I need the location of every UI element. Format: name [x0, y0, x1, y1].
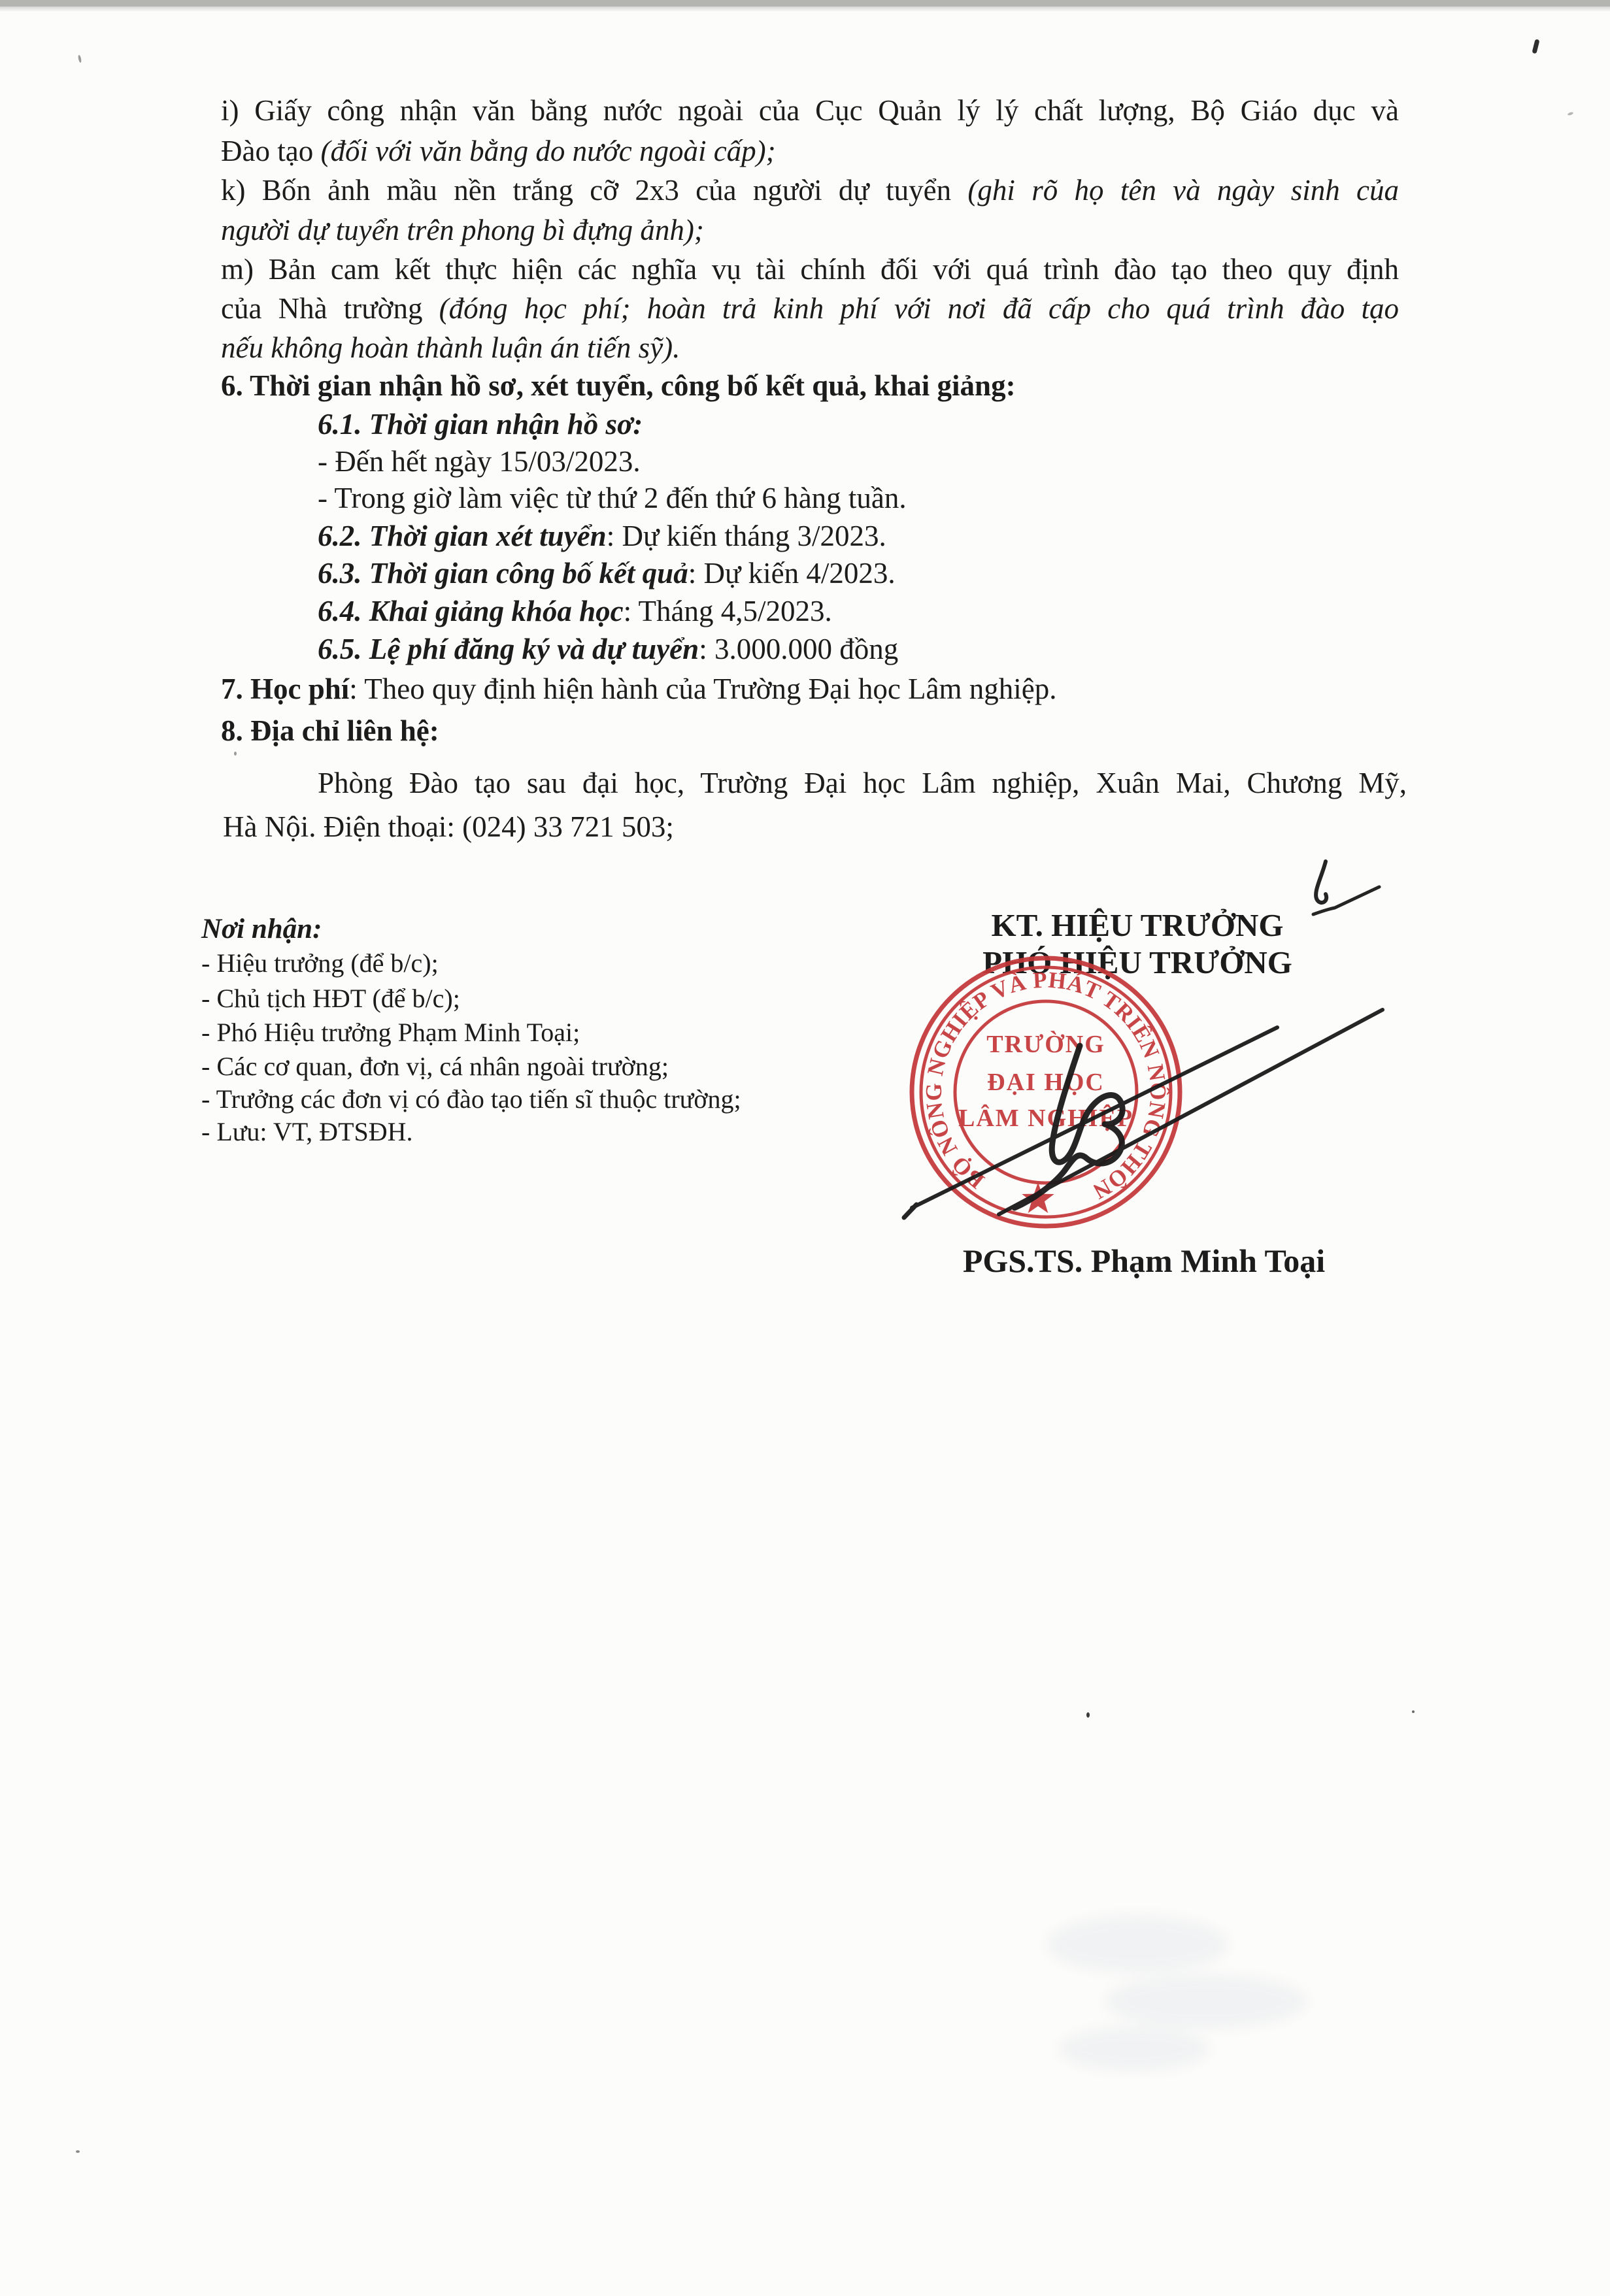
scanner-edge-band — [0, 0, 1610, 7]
body-line-i-1: i) Giấy công nhận văn bằng nước ngoài củ… — [221, 92, 1399, 130]
scan-speck — [1412, 1710, 1415, 1713]
heading-7: 7. Học phí: Theo quy định hiện hành của … — [221, 671, 1057, 708]
text-run-italic: (ghi rõ họ tên và ngày sinh của — [967, 174, 1399, 207]
body-line-m-2: của Nhà trường (đóng học phí; hoàn trả k… — [221, 290, 1399, 328]
text-run: Đào tạo — [221, 135, 320, 167]
recipient-item: - Chủ tịch HĐT (để b/c); — [201, 983, 460, 1014]
scan-speck — [1532, 39, 1539, 54]
text-run: : 3.000.000 đồng — [699, 633, 898, 665]
text-run-bold: 7. Học phí — [221, 673, 349, 705]
text-run: Phòng Đào tạo sau đại học, Trường Đại họ… — [318, 767, 1407, 799]
body-line-m-1: m) Bản cam kết thực hiện các nghĩa vụ tà… — [221, 251, 1399, 289]
item-6-4: 6.4. Khai giảng khóa học: Tháng 4,5/2023… — [318, 593, 832, 631]
text-run-italic: người dự tuyển trên phong bì đựng ảnh); — [221, 214, 704, 246]
body-line-i-2: Đào tạo (đối với văn bằng do nước ngoài … — [221, 133, 776, 171]
text-run-italic: (đối với văn bằng do nước ngoài cấp); — [320, 135, 775, 167]
body-line-k-2: người dự tuyển trên phong bì đựng ảnh); — [221, 212, 704, 250]
bleed-through-ghost — [1105, 1974, 1307, 2029]
bullet-deadline: - Đến hết ngày 15/03/2023. — [318, 443, 641, 481]
signature — [869, 837, 1432, 1255]
text-run-bold-italic: 6.5. Lệ phí đăng ký và dự tuyển — [318, 633, 699, 665]
scan-speck — [1568, 112, 1574, 116]
text-run: i) Giấy công nhận văn bằng nước ngoài củ… — [221, 94, 1399, 127]
text-run-bold-italic: 6.3. Thời gian công bố kết quả — [318, 557, 688, 590]
scan-speck — [234, 752, 237, 756]
item-6-3: 6.3. Thời gian công bố kết quả: Dự kiến … — [318, 555, 896, 593]
text-run: của Nhà trường — [221, 292, 439, 325]
recipient-item: - Phó Hiệu trưởng Phạm Minh Toại; — [201, 1017, 580, 1048]
recipient-item: - Các cơ quan, đơn vị, cá nhân ngoài trư… — [201, 1051, 669, 1082]
address-line-1: Phòng Đào tạo sau đại học, Trường Đại họ… — [318, 765, 1407, 803]
scan-speck — [78, 55, 82, 63]
text-run: - Trong giờ làm việc từ thứ 2 đến thứ 6 … — [318, 482, 907, 514]
text-run: : Theo quy định hiện hành của Trường Đại… — [349, 673, 1056, 705]
heading-6: 6. Thời gian nhận hồ sơ, xét tuyển, công… — [221, 367, 1016, 405]
bleed-through-ghost — [1059, 2026, 1209, 2072]
text-run: - Đến hết ngày 15/03/2023. — [318, 445, 641, 478]
text-run: k) Bốn ảnh mầu nền trắng cỡ 2x3 của ngườ… — [221, 174, 967, 207]
text-run: : Dự kiến tháng 3/2023. — [607, 520, 886, 552]
recipient-item: - Lưu: VT, ĐTSĐH. — [201, 1116, 413, 1148]
text-run-italic: nếu không hoàn thành luận án tiến sỹ). — [221, 331, 680, 364]
text-run: : Dự kiến 4/2023. — [688, 557, 896, 590]
text-run-bold-italic: 6.2. Thời gian xét tuyển — [318, 520, 607, 552]
recipients-title: Nơi nhận: — [201, 912, 322, 946]
text-run: : Tháng 4,5/2023. — [624, 595, 832, 627]
recipient-item: - Hiệu trưởng (để b/c); — [201, 948, 439, 979]
text-run-bold: 8. Địa chỉ liên hệ: — [221, 714, 439, 747]
text-run-bold-italic: 6.4. Khai giảng khóa học — [318, 595, 624, 627]
text-run-bold-italic: 6.1. Thời gian nhận hồ sơ: — [318, 408, 643, 441]
signature-flourish — [1316, 861, 1326, 903]
body-line-k-1: k) Bốn ảnh mầu nền trắng cỡ 2x3 của ngườ… — [221, 172, 1399, 210]
text-run: m) Bản cam kết thực hiện các nghĩa vụ tà… — [221, 253, 1399, 286]
scan-speck — [76, 2150, 80, 2153]
scan-speck — [1086, 1712, 1090, 1718]
heading-8: 8. Địa chỉ liên hệ: — [221, 712, 439, 750]
item-6-5: 6.5. Lệ phí đăng ký và dự tuyển: 3.000.0… — [318, 631, 898, 669]
bleed-through-ghost — [1046, 1915, 1229, 1974]
item-6-1: 6.1. Thời gian nhận hồ sơ: — [318, 406, 643, 444]
text-run-italic: (đóng học phí; hoàn trả kinh phí với nơi… — [439, 292, 1399, 325]
signature-line-1 — [912, 1027, 1277, 1208]
scanner-edge-fade — [0, 7, 1610, 12]
text-run-bold: 6. Thời gian nhận hồ sơ, xét tuyển, công… — [221, 369, 1016, 402]
address-line-2: Hà Nội. Điện thoại: (024) 33 721 503; — [223, 808, 674, 846]
scanned-document-page: i) Giấy công nhận văn bằng nước ngoài củ… — [0, 0, 1610, 2296]
text-run: Hà Nội. Điện thoại: (024) 33 721 503; — [223, 810, 674, 843]
body-line-m-3: nếu không hoàn thành luận án tiến sỹ). — [221, 329, 680, 367]
item-6-2: 6.2. Thời gian xét tuyển: Dự kiến tháng … — [318, 518, 886, 556]
recipient-item: - Trưởng các đơn vị có đào tạo tiến sĩ t… — [201, 1084, 741, 1115]
signature-loop — [1015, 1046, 1122, 1208]
bullet-working-hours: - Trong giờ làm việc từ thứ 2 đến thứ 6 … — [318, 480, 907, 518]
